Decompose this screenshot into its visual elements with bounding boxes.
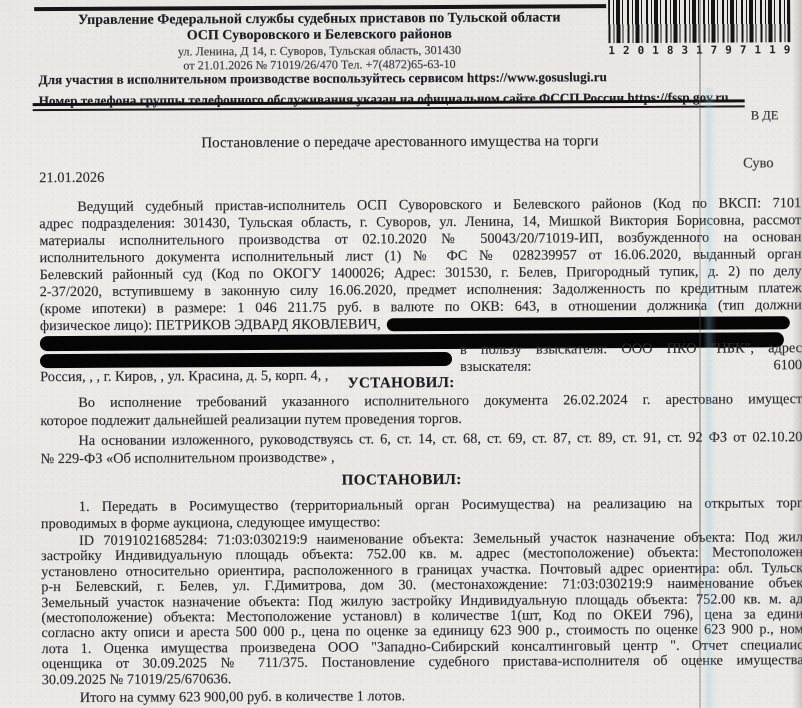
findings-paragraph: Во исполнение требований указанного испо…	[40, 390, 802, 430]
document-title: Постановление о передаче арестованного и…	[39, 132, 761, 153]
redaction-bar	[387, 316, 790, 331]
debtor-name-text: физическое лицо): ПЕТРИКОВ ЭДВАРД ЯКОВЛЕ…	[40, 316, 381, 335]
barcode-digit: 7	[740, 43, 747, 56]
corner-note: В ДЕ	[751, 108, 779, 123]
creditor-text: в пользу взыскателя: ООО ПКО "НБК", адре…	[452, 340, 802, 376]
redaction-bar	[40, 351, 452, 367]
barcode-digit: 8	[667, 44, 674, 57]
text-line: № 229-ФЗ «Об исполнительном производстве…	[40, 446, 802, 468]
document-date: 21.01.2026	[39, 170, 104, 187]
barcode-digit: 1	[754, 43, 761, 56]
barcode-digit: 9	[725, 43, 732, 56]
preamble-paragraph: Ведущий судебный пристав-исполнитель ОСП…	[39, 195, 802, 386]
scan-blue-streak	[703, 88, 717, 708]
paragraph-lines: Ведущий судебный пристав-исполнитель ОСП…	[39, 195, 802, 318]
scanned-sheet: Управление Федеральной службы судебных п…	[0, 0, 802, 708]
property-description-paragraph: ID 70191021685284: 71:03:030219:9 наимен…	[41, 530, 802, 688]
place-name-partial: Суво	[743, 155, 774, 172]
barcode-digit: 2	[623, 44, 630, 57]
barcode-digit: 1	[652, 44, 659, 57]
barcode-digit: 7	[711, 44, 718, 57]
barcode-digit: 9	[784, 43, 791, 56]
document-page: Управление Федеральной службы судебных п…	[0, 0, 802, 708]
text-line: 30.09.2025 № 71019/25/670636.	[42, 669, 802, 688]
total-line: Итого на сумму 623 900,00 руб. в количес…	[42, 686, 802, 707]
creditor-line: в пользу взыскателя: ООО ПКО "НБК", адре…	[40, 348, 802, 369]
barcode-digit: 1	[608, 44, 615, 57]
barcode-digit: 0	[638, 44, 645, 57]
scan-edge-shadow	[792, 0, 802, 708]
letterhead: Управление Федеральной службы судебных п…	[36, 10, 602, 73]
heading-postanovil: ПОСТАНОВИЛ:	[41, 470, 763, 491]
org-name-line1: Управление Федеральной службы судебных п…	[36, 10, 602, 29]
barcode-digit: 3	[681, 44, 688, 57]
fold-line	[699, 0, 701, 708]
legal-basis-paragraph: На основании изложенного, руководствуясь…	[40, 428, 802, 468]
barcode-digit: 1	[769, 43, 776, 56]
text-line: которое подлежит дальнейшей реализации п…	[40, 408, 802, 430]
resolution-paragraph: 1. Передать в Росимущество (территориаль…	[41, 495, 802, 533]
